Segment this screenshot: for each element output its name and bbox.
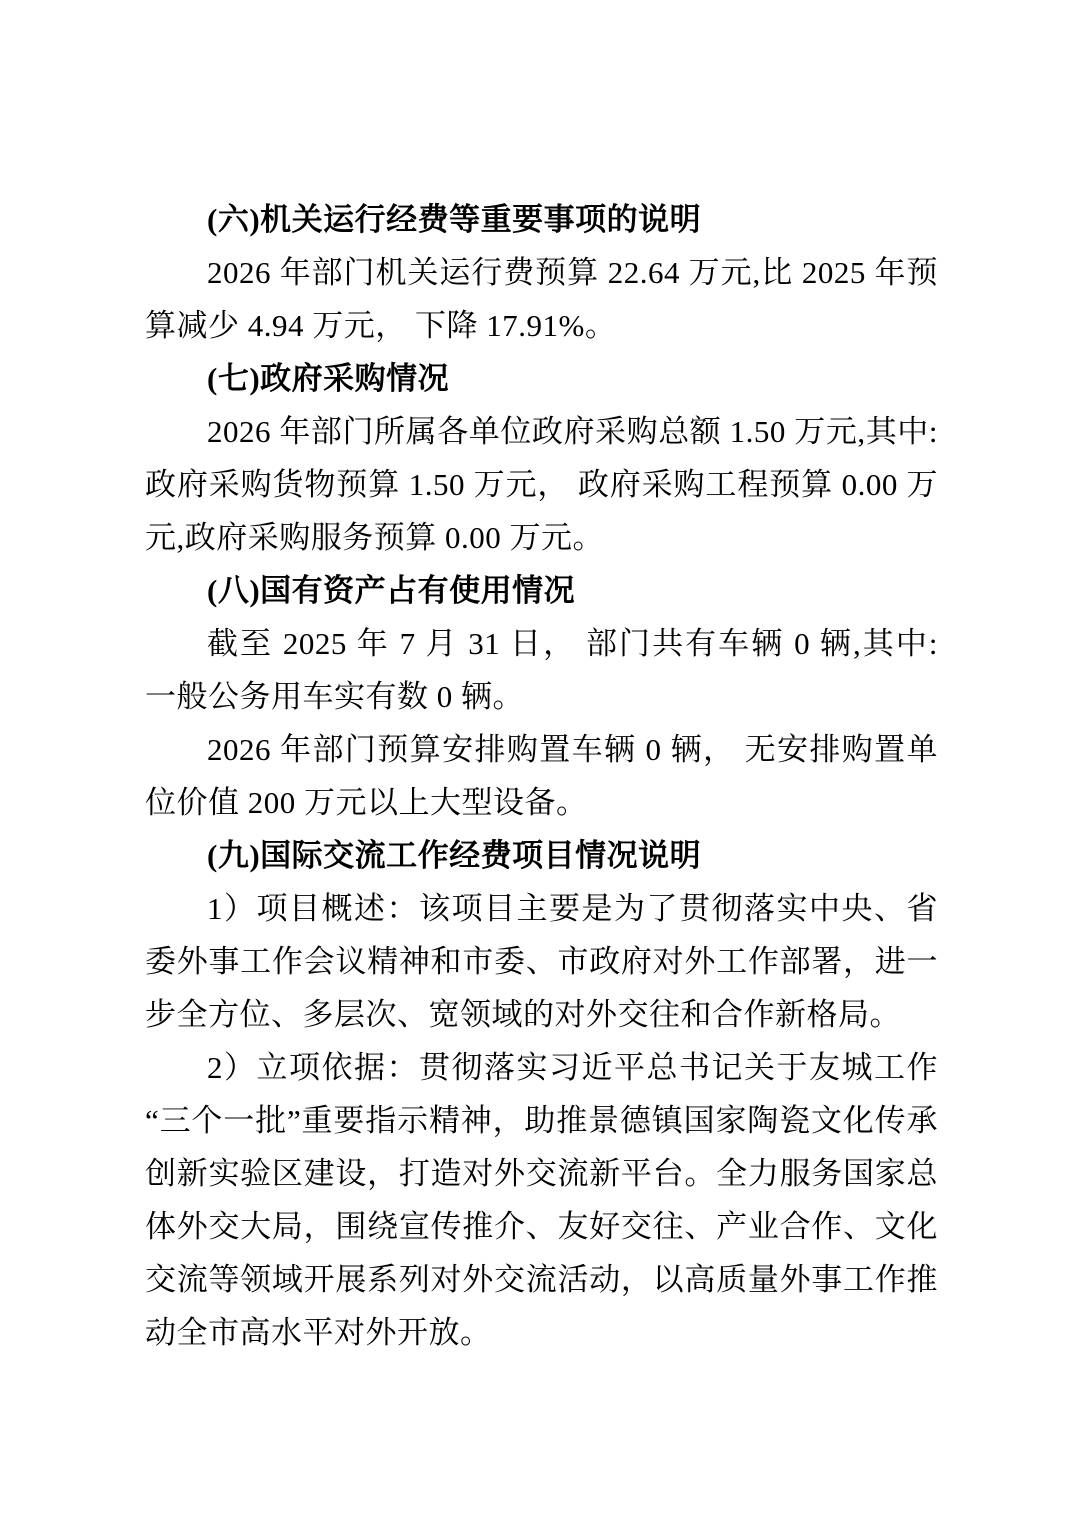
paragraph-project-approval-basis: 2）立项依据：贯彻落实习近平总书记关于友城工作“三个一批”重要指示精神，助推景德… [145, 1041, 938, 1359]
paragraph-vehicle-purchase-plan: 2026 年部门预算安排购置车辆 0 辆， 无安排购置单位价值 200 万元以上… [145, 723, 938, 829]
section-heading-state-assets-usage: (八)国有资产占有使用情况 [145, 564, 938, 617]
paragraph-project-overview: 1）项目概述：该项目主要是为了贯彻落实中央、省委外事工作会议精神和市委、市政府对… [145, 882, 938, 1041]
section-heading-agency-operating-expenses: (六)机关运行经费等重要事项的说明 [145, 193, 938, 246]
paragraph-procurement-detail: 2026 年部门所属各单位政府采购总额 1.50 万元,其中:政府采购货物预算 … [145, 405, 938, 564]
section-heading-government-procurement: (七)政府采购情况 [145, 352, 938, 405]
paragraph-vehicle-holdings: 截至 2025 年 7 月 31 日， 部门共有车辆 0 辆,其中: 一般公务用… [145, 617, 938, 723]
section-heading-international-exchange-project: (九)国际交流工作经费项目情况说明 [145, 829, 938, 882]
paragraph-operating-expenses-detail: 2026 年部门机关运行费预算 22.64 万元,比 2025 年预算减少 4.… [145, 246, 938, 352]
document-page: (六)机关运行经费等重要事项的说明 2026 年部门机关运行费预算 22.64 … [0, 0, 1074, 1520]
